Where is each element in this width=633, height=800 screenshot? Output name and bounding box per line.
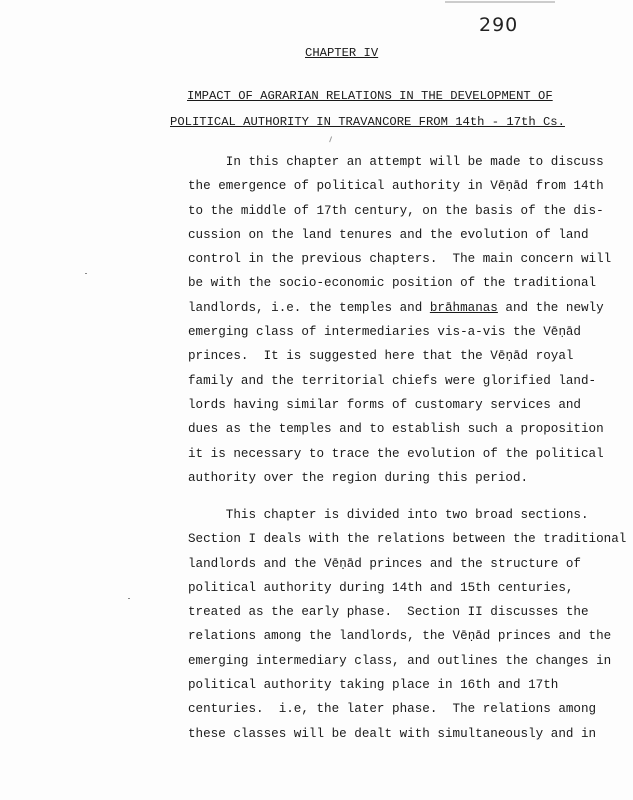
text-line: these classes will be dealt with simulta… — [188, 722, 626, 746]
paragraph-1: In this chapter an attempt will be made … — [188, 150, 611, 490]
text-line: landlords and the Vēṇād princes and the … — [188, 552, 626, 576]
text-line: to the middle of 17th century, on the ba… — [188, 199, 611, 223]
text-line: lords having similar forms of customary … — [188, 393, 611, 417]
text-line: In this chapter an attempt will be made … — [188, 150, 611, 174]
text-line: control in the previous chapters. The ma… — [188, 247, 611, 271]
text-line: it is necessary to trace the evolution o… — [188, 442, 611, 466]
text-line: authority over the region during this pe… — [188, 466, 611, 490]
text-line: the emergence of political authority in … — [188, 174, 611, 198]
text-line: princes. It is suggested here that the V… — [188, 344, 611, 368]
chapter-label: CHAPTER IV — [305, 46, 378, 60]
scan-speck — [128, 598, 130, 599]
text-line: cussion on the land tenures and the evol… — [188, 223, 611, 247]
text-line: family and the territorial chiefs were g… — [188, 369, 611, 393]
text-line: emerging class of intermediaries vis-a-v… — [188, 320, 611, 344]
scan-mark — [329, 136, 336, 143]
text-line: political authority during 14th and 15th… — [188, 576, 626, 600]
text-line: This chapter is divided into two broad s… — [188, 503, 626, 527]
chapter-title-line-1: IMPACT OF AGRARIAN RELATIONS IN THE DEVE… — [187, 89, 553, 103]
document-page: 290 CHAPTER IV IMPACT OF AGRARIAN RELATI… — [0, 0, 633, 800]
chapter-title-line-2: POLITICAL AUTHORITY IN TRAVANCORE FROM 1… — [170, 115, 565, 129]
emphasized-term: brāhmanas — [430, 301, 498, 315]
text-line: be with the socio-economic position of t… — [188, 271, 611, 295]
text-line: dues as the temples and to establish suc… — [188, 417, 611, 441]
page-number: 290 — [479, 14, 518, 36]
text-line: relations among the landlords, the Vēṇād… — [188, 624, 626, 648]
text-line: treated as the early phase. Section II d… — [188, 600, 626, 624]
text-line: political authority taking place in 16th… — [188, 673, 626, 697]
paragraph-2: This chapter is divided into two broad s… — [188, 503, 626, 746]
text-line: Section I deals with the relations betwe… — [188, 527, 626, 551]
text-line: landlords, i.e. the temples and brāhmana… — [188, 296, 611, 320]
text-line: centuries. i.e, the later phase. The rel… — [188, 697, 626, 721]
scan-speck — [85, 273, 87, 274]
scan-artifact-line — [445, 1, 555, 3]
text-line: emerging intermediary class, and outline… — [188, 649, 626, 673]
